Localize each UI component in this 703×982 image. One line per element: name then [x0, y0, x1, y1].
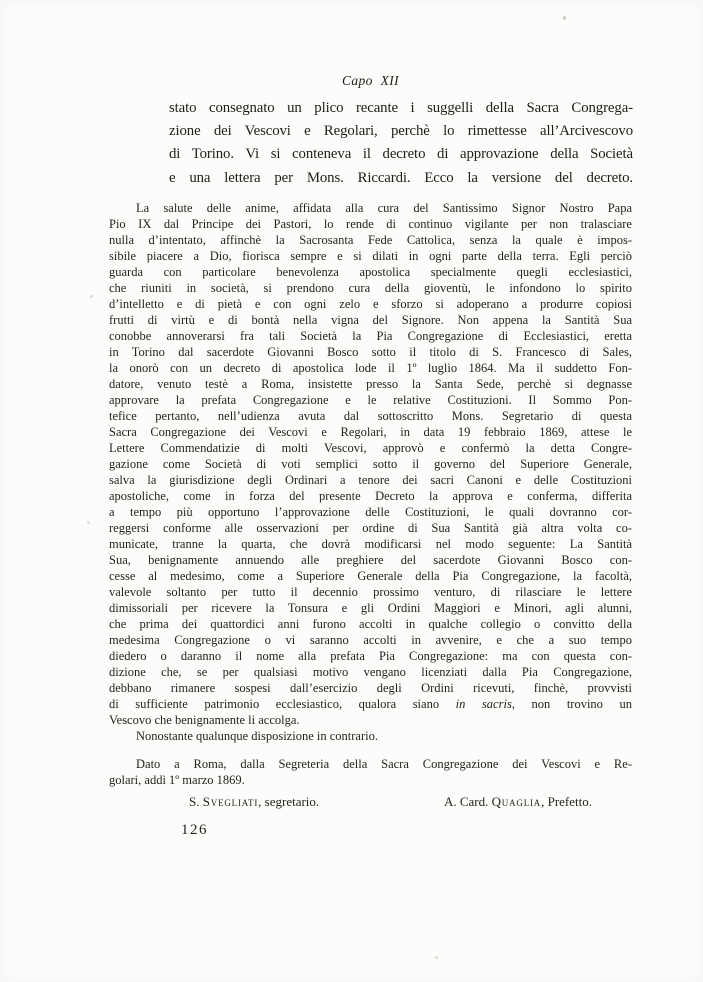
text-line: di sufficiente patrimonio ecclesiastico,… — [109, 696, 632, 712]
text-line: tefice pertanto, nell’udienza avuta dal … — [109, 408, 632, 424]
text-line: municate, tranne la quarta, che dovrà mo… — [109, 536, 632, 552]
scan-speck — [87, 521, 90, 524]
book-page: Capo XII stato consegnato un plico recan… — [0, 0, 703, 982]
text-line: medesima Congregazione o vi saranno acco… — [109, 632, 632, 648]
signature-name: Quaglia — [492, 794, 541, 809]
decree-block: La salute delle anime, affidata alla cur… — [109, 200, 632, 788]
text-line: Dato a Roma, dalla Segreteria della Sacr… — [109, 756, 632, 772]
text-line: valevole soltanto per tutto il decennio … — [109, 584, 632, 600]
signature-secretary: S. Svegliati, segretario. — [189, 794, 319, 810]
opening-paragraph: stato consegnato un plico recante i sugg… — [169, 97, 633, 190]
text-line: Pio IX dal Principe dei Pastori, lo rend… — [109, 216, 632, 232]
text-line: cesse al medesimo, come a Superiore Gene… — [109, 568, 632, 584]
text-line: a tempo più opportuno l’approvazione del… — [109, 504, 632, 520]
signature-title: , segretario. — [258, 794, 319, 809]
text-line: sibile piacere a Dio, fiorisca sempre e … — [109, 248, 632, 264]
page-number: 126 — [181, 822, 208, 839]
text-line: salva la giurisdizione degli Ordinari a … — [109, 472, 632, 488]
text-line: di Torino. Vi si conteneva il decreto di… — [169, 143, 633, 166]
text-line: Vescovo che benignamente li accolga. — [109, 712, 632, 728]
text-line: conobbe annoverarsi fra tali Società la … — [109, 328, 632, 344]
italic-phrase: in sacris — [456, 697, 512, 711]
text-line: La salute delle anime, affidata alla cur… — [109, 200, 632, 216]
text-line: e una lettera per Mons. Riccardi. Ecco l… — [169, 167, 633, 190]
text-line: che riuniti in società, si prendono cura… — [109, 280, 632, 296]
text-line: gazione come Società di voti semplici so… — [109, 456, 632, 472]
text-line: dizione che, se per qualsiasi motivo ven… — [109, 664, 632, 680]
text-line: in Torino dal sacerdote Giovanni Bosco s… — [109, 344, 632, 360]
text-line: nulla d’intentato, affinchè la Sacrosant… — [109, 232, 632, 248]
text-line: Sua, benignamente annuendo alle preghier… — [109, 552, 632, 568]
closing-clause-paragraph: Nonostante qualunque disposizione in con… — [109, 728, 632, 744]
text-segment: di sufficiente patrimonio ecclesiastico,… — [109, 697, 456, 711]
text-line: d’intelletto e di pietà e con ogni zelo … — [109, 296, 632, 312]
text-line: Nonostante qualunque disposizione in con… — [109, 728, 632, 744]
text-line: debbano rimanere sospesi dall’esercizio … — [109, 680, 632, 696]
text-segment: , non trovino un — [512, 697, 632, 711]
signature-title: , Prefetto. — [541, 794, 592, 809]
text-line: la onorò con un decreto di apostolica lo… — [109, 360, 632, 376]
text-line: apostoliche, come in forza del presente … — [109, 488, 632, 504]
scan-speck — [435, 956, 438, 959]
text-line: stato consegnato un plico recante i sugg… — [169, 97, 633, 120]
scan-speck — [90, 295, 93, 298]
signature-prefect: A. Card. Quaglia, Prefetto. — [444, 794, 592, 810]
signature-prefix: A. Card. — [444, 794, 492, 809]
decree-paragraph: La salute delle anime, affidata alla cur… — [109, 200, 632, 728]
text-line: guarda con particolare benevolenza apost… — [109, 264, 632, 280]
text-line: zione dei Vescovi e Regolari, perchè lo … — [169, 120, 633, 143]
text-line: Lettere Commendatizie di molti Vescovi, … — [109, 440, 632, 456]
text-line: Sacra Congregazione dei Vescovi e Regola… — [109, 424, 632, 440]
signature-row: S. Svegliati, segretario. A. Card. Quagl… — [109, 794, 632, 810]
dateline-paragraph: Dato a Roma, dalla Segreteria della Sacr… — [109, 756, 632, 788]
text-line: golari, addì 1º marzo 1869. — [109, 772, 632, 788]
text-line: frutti di virtù e di bontà nella vigna d… — [109, 312, 632, 328]
text-line: dimissoriali per ricevere la Tonsura e g… — [109, 600, 632, 616]
running-head: Capo XII — [109, 73, 632, 89]
signature-prefix: S. — [189, 794, 203, 809]
scan-speck — [563, 16, 566, 20]
text-line: reggersi conforme alle osservazioni per … — [109, 520, 632, 536]
signature-name: Svegliati — [203, 794, 258, 809]
text-line: datore, venuto testè a Roma, insistette … — [109, 376, 632, 392]
text-line: che prima dei quattordici anni furono ac… — [109, 616, 632, 632]
text-line: diedero o daranno il nome alla prefata P… — [109, 648, 632, 664]
text-line: approvare la prefata Congregazione e le … — [109, 392, 632, 408]
